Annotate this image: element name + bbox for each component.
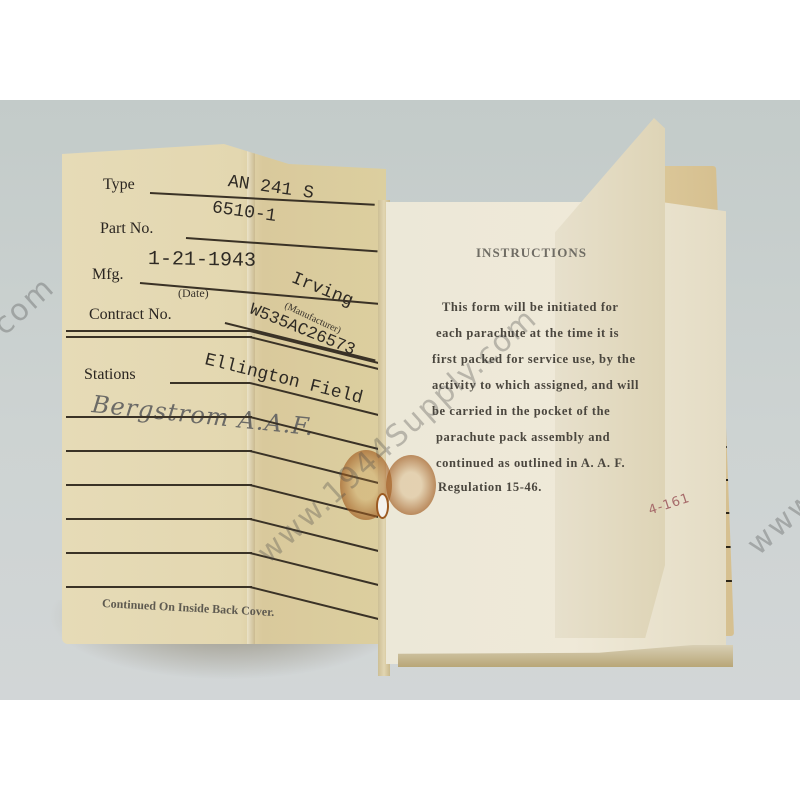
instruction-line: parachute pack assembly and	[436, 430, 610, 445]
instruction-line: continued as outlined in A. A. F.	[436, 456, 625, 471]
instructions-title: INSTRUCTIONS	[476, 245, 587, 261]
watermark-fragment-left: com	[0, 270, 62, 343]
mfg-date-value: 1-21-1943	[148, 248, 256, 273]
staple-hole	[378, 495, 387, 517]
instruction-line: Regulation 15-46.	[438, 480, 542, 495]
mfg-label: Mfg.	[92, 266, 124, 284]
log-line	[66, 484, 252, 486]
log-line	[66, 518, 252, 520]
rust-stain	[386, 455, 436, 515]
product-photo: Type AN 241 S 6510-1 Part No. 1-21-1943 …	[0, 100, 800, 700]
stations-label: Stations	[84, 366, 136, 384]
watermark-fragment-right: www	[740, 483, 800, 562]
log-line	[66, 416, 252, 418]
log-line	[66, 450, 252, 452]
log-line	[66, 552, 252, 554]
stations-rule	[170, 382, 250, 384]
type-label: Type	[103, 176, 135, 194]
part-no-label: Part No.	[100, 220, 153, 238]
log-line	[66, 586, 252, 588]
date-caption: (Date)	[178, 286, 209, 301]
contract-no-label: Contract No.	[89, 306, 172, 324]
section-divider	[66, 330, 252, 332]
instruction-line: be carried in the pocket of the	[432, 404, 610, 419]
